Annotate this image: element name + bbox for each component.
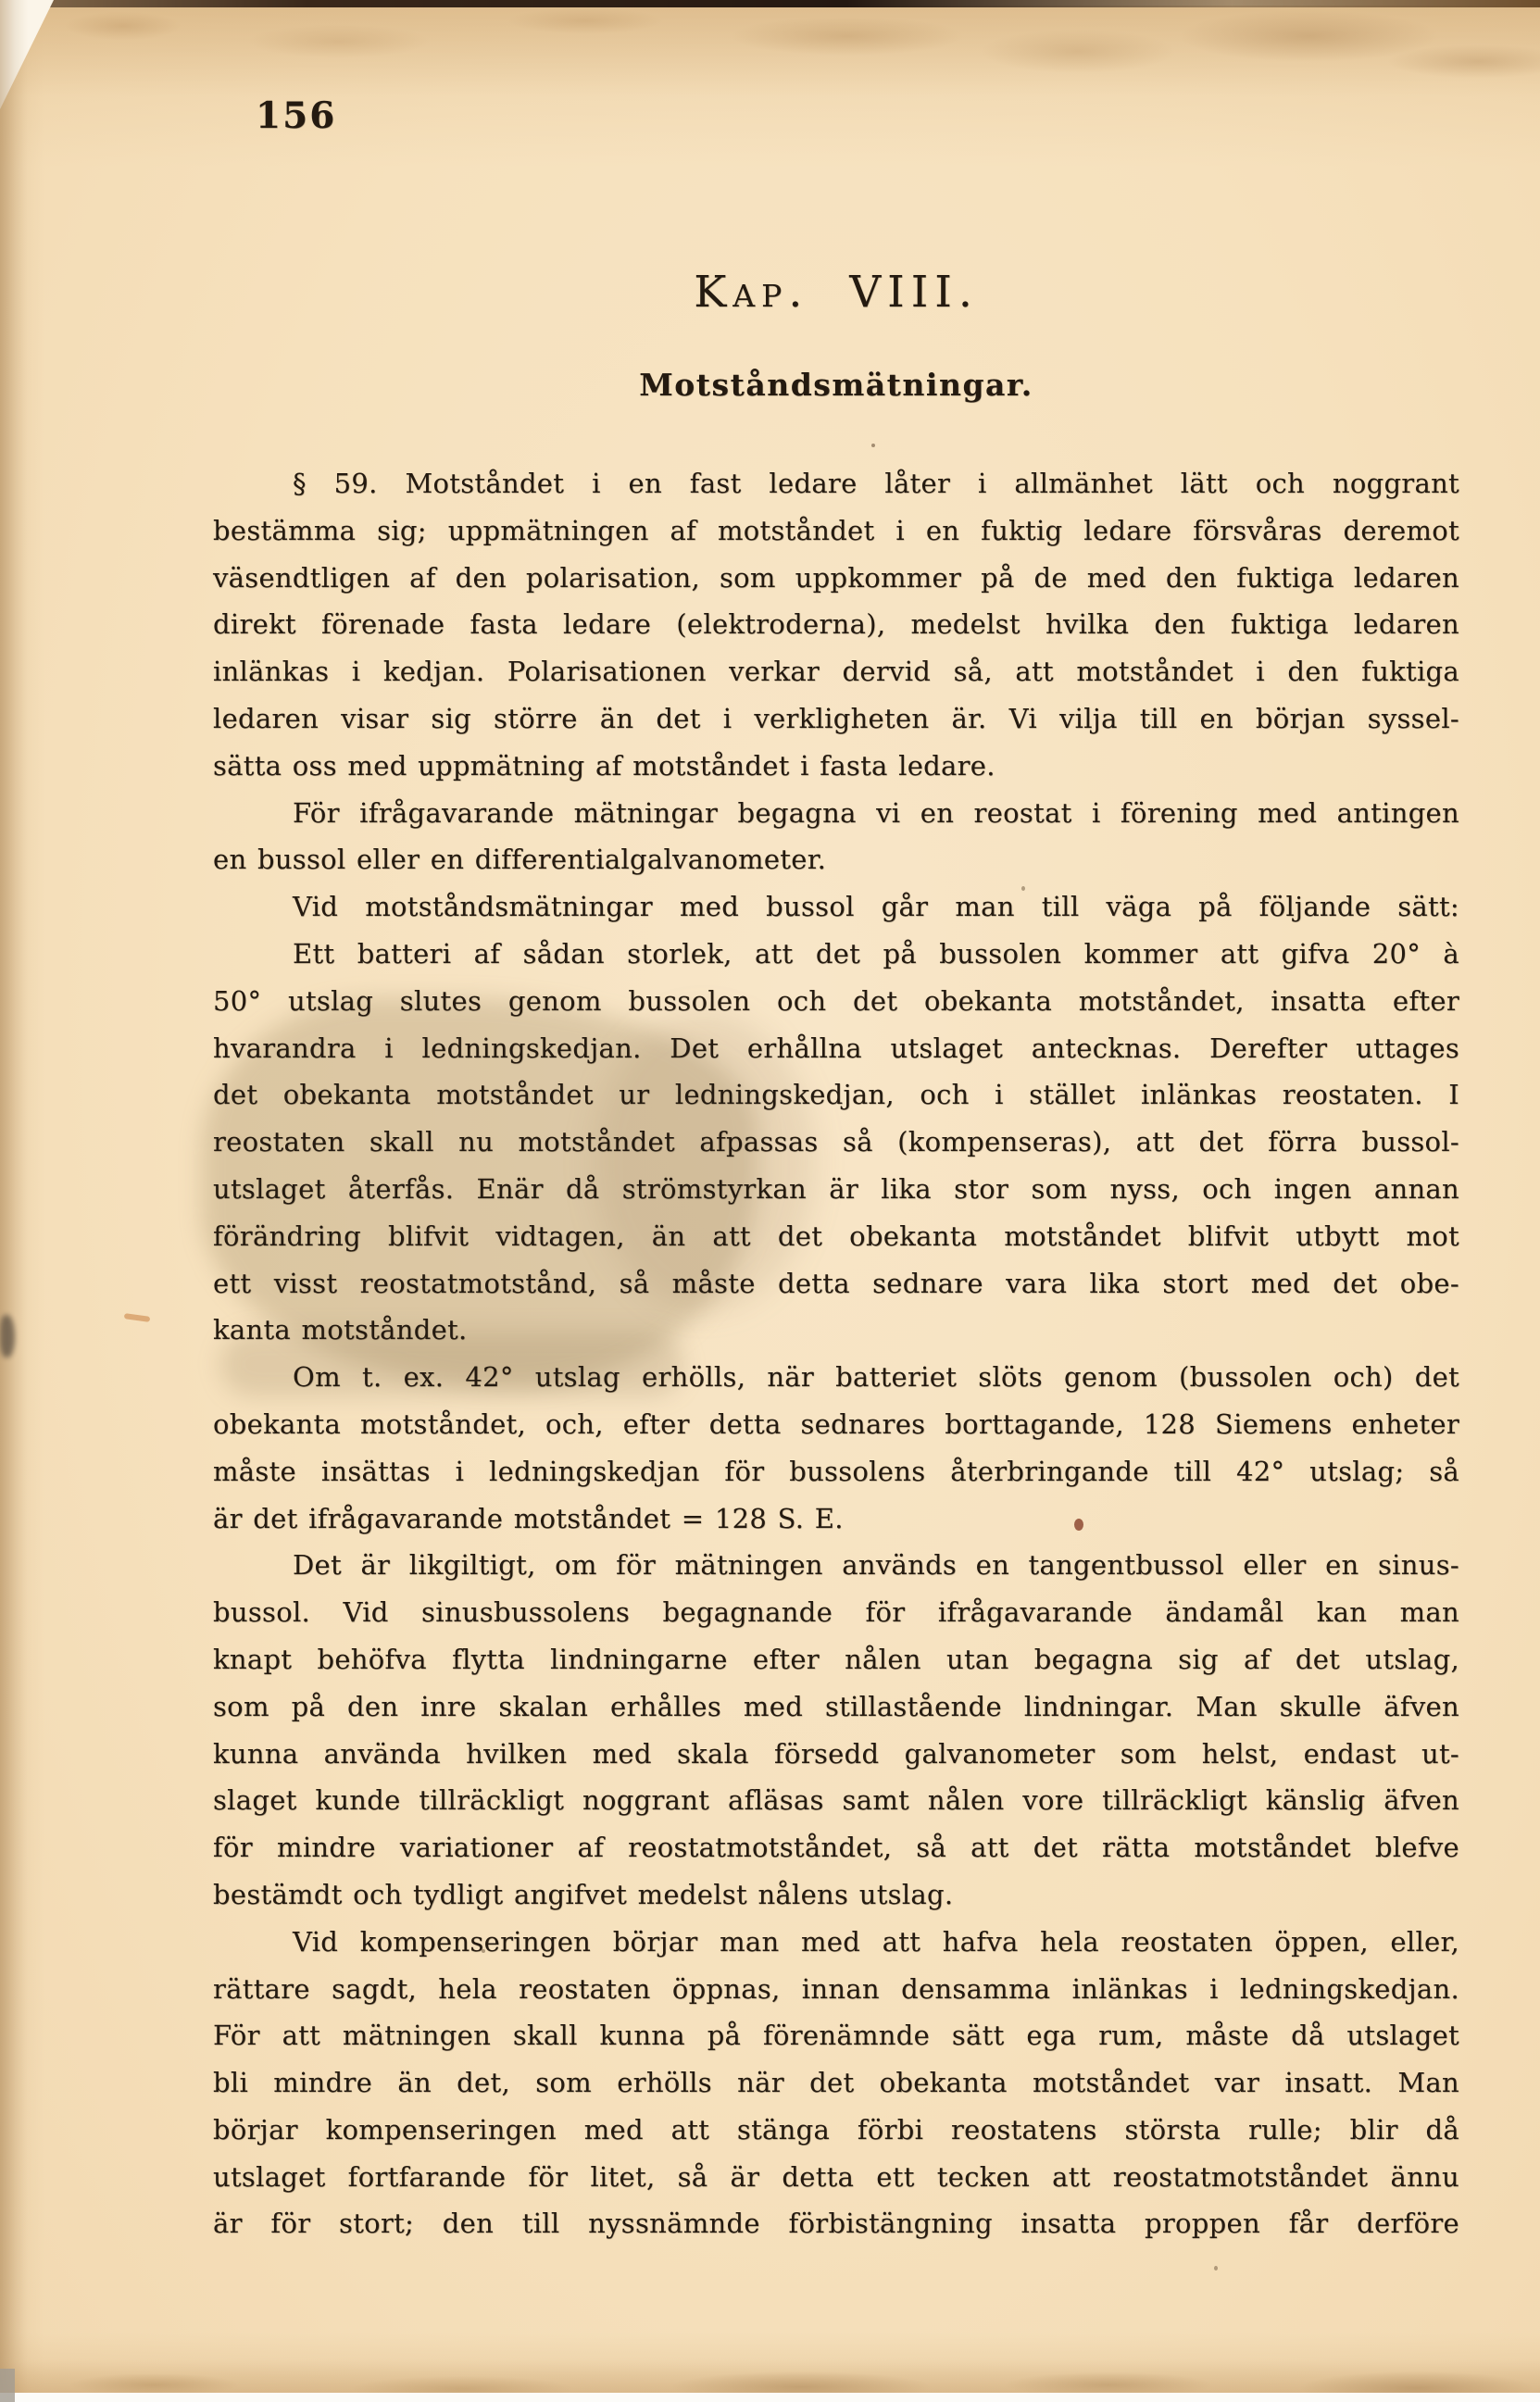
page-edge-bottom (0, 2393, 1540, 2402)
text-line: Det är likgiltigt, om för mätningen anvä… (213, 1542, 1459, 1589)
page-edge-top-mottling (0, 6, 1540, 107)
text-line: är det ifrågavarande motståndet = 128 S.… (213, 1495, 1459, 1543)
text-line: väsendtligen af den polarisation, som up… (213, 555, 1459, 602)
text-line: § 59. Motståndet i en fast ledare låter … (213, 460, 1459, 507)
text-line: bussol. Vid sinusbussolens begagnande fö… (213, 1589, 1459, 1636)
text-line: obekanta motståndet, och, efter detta se… (213, 1401, 1459, 1448)
paragraph: Vid kompenseringen börjar man med att ha… (213, 1919, 1459, 2248)
chapter-heading: Kap. VIII. (213, 267, 1459, 318)
text-line: 50° utslag slutes genom bussolen och det… (213, 978, 1459, 1025)
corner-bottom-left-shadow (0, 2369, 15, 2402)
text-line: måste insättas i ledningskedjan för buss… (213, 1448, 1459, 1495)
text-line: för mindre variationer af reostatmotstån… (213, 1824, 1459, 1871)
text-line: som på den inre skalan erhålles med stil… (213, 1683, 1459, 1731)
text-line: ett visst reostatmotstånd, så måste dett… (213, 1260, 1459, 1307)
paragraph: Det är likgiltigt, om för mätningen anvä… (213, 1542, 1459, 1918)
text-line: förändring blifvit vidtagen, än att det … (213, 1213, 1459, 1260)
text-line: bestämma sig; uppmätningen af motståndet… (213, 507, 1459, 555)
paragraph: Vid motståndsmätningar med bussol går ma… (213, 883, 1459, 931)
paragraph: § 59. Motståndet i en fast ledare låter … (213, 460, 1459, 790)
text-line: Vid motståndsmätningar med bussol går ma… (213, 883, 1459, 931)
text-line: bestämdt och tydligt angifvet medelst nå… (213, 1871, 1459, 1919)
page-edge-top (0, 0, 1540, 7)
text-line: Vid kompenseringen börjar man med att ha… (213, 1919, 1459, 1966)
body-text: § 59. Motståndet i en fast ledare låter … (213, 460, 1459, 2247)
section-heading: Motståndsmätningar. (213, 367, 1459, 403)
text-line: är för stort; den till nyssnämnde förbis… (213, 2200, 1459, 2247)
text-line: kanta motståndet. (213, 1307, 1459, 1354)
text-line: slaget kunde tillräckligt noggrant afläs… (213, 1777, 1459, 1824)
text-line: För att mätningen skall kunna på förenäm… (213, 2012, 1459, 2059)
text-line: För ifrågavarande mätningar begagna vi e… (213, 790, 1459, 837)
text-line: det obekanta motståndet ur ledningskedja… (213, 1071, 1459, 1119)
page-edge-bottom-fringe (0, 2354, 1540, 2393)
text-line: direkt förenade fasta ledare (elektroder… (213, 601, 1459, 648)
text-line: Ett batteri af sådan storlek, att det på… (213, 931, 1459, 978)
text-line: reostaten skall nu motståndet afpassas s… (213, 1119, 1459, 1166)
paragraph: Ett batteri af sådan storlek, att det på… (213, 931, 1459, 1354)
ink-speck (124, 1313, 151, 1322)
text-line: inlänkas i kedjan. Polarisationen verkar… (213, 648, 1459, 695)
text-line: rättare sagdt, hela reostaten öppnas, in… (213, 1966, 1459, 2013)
text-line: Om t. ex. 42° utslag erhölls, när batter… (213, 1354, 1459, 1401)
text-line: kunna använda hvilken med skala försedd … (213, 1731, 1459, 1778)
scanned-book-page: 156 Kap. VIII. Motståndsmätningar. § 59.… (0, 0, 1540, 2402)
text-line: börjar kompenseringen med att stänga för… (213, 2107, 1459, 2154)
text-line: utslaget återfås. Enär då strömstyrkan ä… (213, 1166, 1459, 1213)
page-edge-smudge (0, 1315, 15, 1357)
paragraph: Om t. ex. 42° utslag erhölls, när batter… (213, 1354, 1459, 1542)
text-line: sätta oss med uppmätning af motståndet i… (213, 743, 1459, 790)
text-line: en bussol eller en differentialgalvanome… (213, 836, 1459, 883)
ink-speck (1214, 2266, 1218, 2271)
text-line: ledaren visar sig större än det i verkli… (213, 695, 1459, 743)
text-line: utslaget fortfarande för litet, så är de… (213, 2154, 1459, 2201)
text-line: knapt behöfva flytta lindningarne efter … (213, 1636, 1459, 1683)
text-line: bli mindre än det, som erhölls när det o… (213, 2059, 1459, 2107)
ink-speck (871, 444, 875, 447)
page-edge-left (0, 0, 28, 2402)
page-number: 156 (256, 94, 336, 137)
paragraph: För ifrågavarande mätningar begagna vi e… (213, 790, 1459, 884)
text-line: hvarandra i ledningskedjan. Det erhållna… (213, 1025, 1459, 1072)
